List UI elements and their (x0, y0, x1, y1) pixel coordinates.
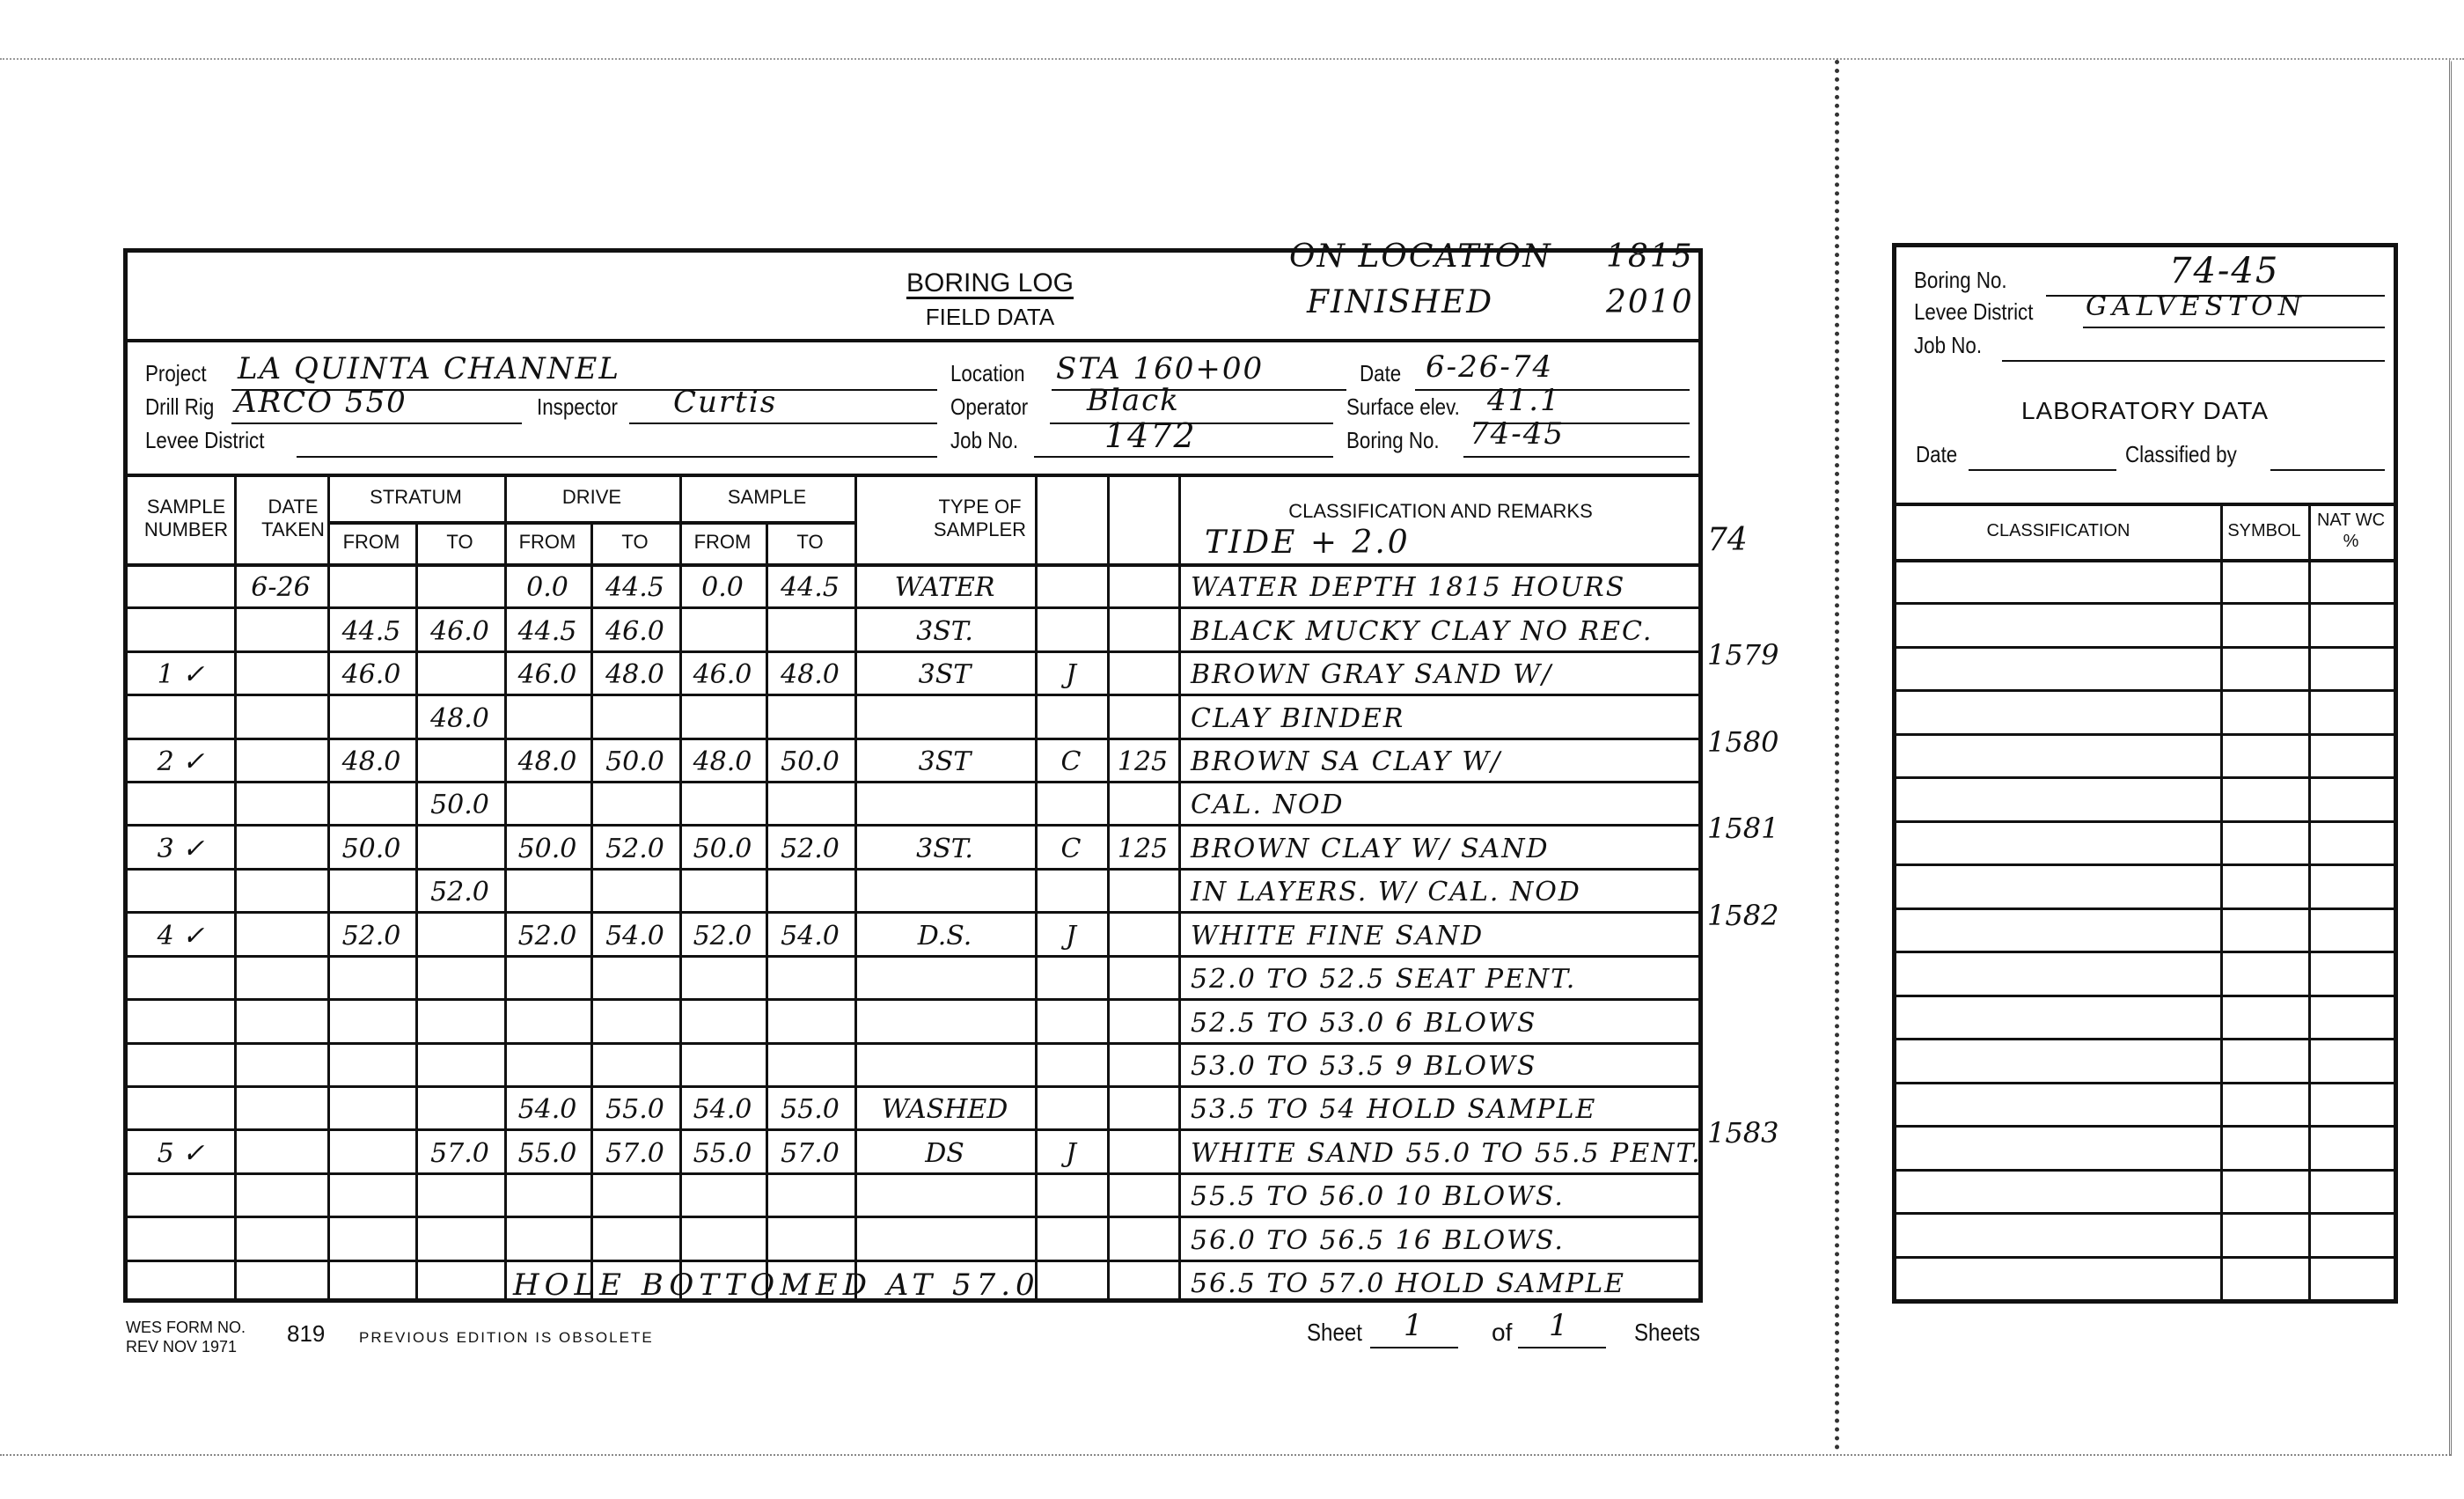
date-taken-cell[interactable] (238, 606, 324, 650)
col-a-cell[interactable] (1038, 868, 1104, 911)
drive-to-cell[interactable] (594, 1042, 676, 1085)
perforation-line (1835, 60, 1839, 1451)
drive-to-cell[interactable]: 54.0 (594, 911, 676, 954)
lab-classification-cell[interactable] (1899, 866, 2218, 904)
remark-cell[interactable]: 53.5 TO 54 HOLD SAMPLE (1182, 1085, 1699, 1128)
lab-nat-wc-cell[interactable] (2311, 779, 2391, 817)
lab-nat-wc-cell[interactable] (2311, 1215, 2391, 1253)
sampler-type-cell[interactable] (858, 1042, 1031, 1085)
drive-from-cell[interactable] (508, 1216, 587, 1259)
col-b-cell[interactable] (1111, 650, 1175, 694)
remark-cell[interactable]: CAL. NOD (1182, 781, 1699, 824)
sample-from-cell[interactable] (683, 781, 762, 824)
sampler-type-cell[interactable]: D.S. (858, 911, 1031, 954)
table-row: 56.0 TO 56.5 16 BLOWS. (128, 1216, 1698, 1259)
remark-cell[interactable]: WHITE FINE SAND (1182, 911, 1699, 954)
lab-classification-cell[interactable] (1899, 823, 2218, 861)
sample-number-cell[interactable]: 5 ✓ (131, 1128, 231, 1172)
date-taken-cell[interactable] (238, 1042, 324, 1085)
sample-to-cell[interactable] (769, 1172, 851, 1216)
table-row: 1 ✓46.046.048.046.048.03STJBROWN GRAY SA… (128, 650, 1698, 694)
col-b-cell[interactable] (1111, 1085, 1175, 1128)
stratum-from-cell[interactable] (331, 868, 412, 911)
lab-nat-wc-cell[interactable] (2311, 692, 2391, 730)
stratum-from-cell[interactable]: 44.5 (331, 606, 412, 650)
sample-from-cell[interactable] (683, 694, 762, 737)
sampler-type-cell[interactable] (858, 998, 1031, 1041)
col-a-cell[interactable]: J (1038, 1128, 1104, 1172)
lab-symbol-cell[interactable] (2223, 779, 2306, 817)
lab-symbol-cell[interactable] (2223, 605, 2306, 643)
sheet-label: Sheet (1307, 1319, 1362, 1347)
sample-from-cell[interactable]: 55.0 (683, 1128, 762, 1172)
sample-to-cell[interactable]: 50.0 (769, 738, 851, 781)
stratum-from-cell[interactable] (331, 998, 412, 1041)
col-b-cell[interactable] (1111, 563, 1175, 606)
drive-from-cell[interactable]: 48.0 (508, 738, 587, 781)
lab-classification-cell[interactable] (1899, 1084, 2218, 1122)
sample-number-cell[interactable] (131, 781, 231, 824)
finished-time: 2010 (1606, 284, 1694, 320)
sampler-type-cell[interactable] (858, 694, 1031, 737)
lab-nat-wc-cell[interactable] (2311, 910, 2391, 948)
date-taken-cell[interactable] (238, 824, 324, 867)
drill-rig-field[interactable]: ARCO 550 (235, 385, 407, 420)
header-from: FROM (327, 521, 415, 563)
sample-to-cell[interactable] (769, 998, 851, 1041)
lab-levee-district-field[interactable]: GALVESTON (2086, 291, 2306, 322)
drive-to-cell[interactable]: 55.0 (594, 1085, 676, 1128)
col-a-cell[interactable] (1038, 694, 1104, 737)
sample-number-cell[interactable] (131, 955, 231, 998)
drive-from-cell[interactable]: 46.0 (508, 650, 587, 694)
sample-from-cell[interactable] (683, 606, 762, 650)
col-b-cell[interactable]: 125 (1111, 738, 1175, 781)
sample-from-cell[interactable]: 0.0 (683, 563, 762, 606)
table-row: 50.0CAL. NOD (128, 781, 1698, 824)
drive-from-cell[interactable]: 0.0 (508, 563, 587, 606)
lab-nat-wc-cell[interactable] (2311, 823, 2391, 861)
date-taken-cell[interactable] (238, 911, 324, 954)
sample-number-cell[interactable]: 4 ✓ (131, 911, 231, 954)
sample-from-cell[interactable] (683, 955, 762, 998)
sample-to-cell[interactable]: 52.0 (769, 824, 851, 867)
lab-classification-cell[interactable] (1899, 1128, 2218, 1165)
lab-symbol-cell[interactable] (2223, 649, 2306, 687)
lab-nat-wc-cell[interactable] (2311, 866, 2391, 904)
remark-cell[interactable]: WHITE SAND 55.0 TO 55.5 PENT. (1182, 1128, 1699, 1172)
sample-from-cell[interactable] (683, 1216, 762, 1259)
lab-classification-cell[interactable] (1899, 779, 2218, 817)
col-a-cell[interactable] (1038, 1216, 1104, 1259)
drive-to-cell[interactable] (594, 1172, 676, 1216)
col-b-cell[interactable] (1111, 868, 1175, 911)
drive-to-cell[interactable] (594, 781, 676, 824)
remark-cell[interactable]: CLAY BINDER (1182, 694, 1699, 737)
lab-symbol-cell[interactable] (2223, 692, 2306, 730)
boring-no-label: Boring No. (1346, 427, 1440, 454)
drive-from-cell[interactable] (508, 781, 587, 824)
lab-symbol-cell[interactable] (2223, 562, 2306, 599)
sampler-type-cell[interactable]: 3ST. (858, 824, 1031, 867)
header-drive: DRIVE (504, 474, 679, 521)
operator-label: Operator (950, 393, 1028, 421)
col-b-cell[interactable] (1111, 606, 1175, 650)
sample-from-cell[interactable] (683, 1172, 762, 1216)
remark-cell[interactable]: 56.5 TO 57.0 HOLD SAMPLE (1182, 1260, 1699, 1303)
date-taken-cell[interactable] (238, 1085, 324, 1128)
lab-symbol-cell[interactable] (2223, 1084, 2306, 1122)
lab-nat-wc-cell[interactable] (2311, 562, 2391, 599)
sample-to-cell[interactable] (769, 606, 851, 650)
title-boring-log: BORING LOG (832, 268, 1148, 298)
sheet-field[interactable]: 1 (1404, 1308, 1425, 1343)
project-field[interactable]: LA QUINTA CHANNEL (238, 351, 620, 386)
sample-to-cell[interactable]: 48.0 (769, 650, 851, 694)
lab-classification-cell[interactable] (1899, 605, 2218, 643)
obsolete-note: PREVIOUS EDITION IS OBSOLETE (359, 1329, 654, 1347)
stratum-from-cell[interactable]: 48.0 (331, 738, 412, 781)
stratum-from-cell[interactable] (331, 1042, 412, 1085)
sample-number-cell[interactable] (131, 1085, 231, 1128)
remark-cell[interactable]: 52.0 TO 52.5 SEAT PENT. (1182, 955, 1699, 998)
sample-number-cell[interactable] (131, 1216, 231, 1259)
form-number-label: WES FORM NO. REV NOV 1971 (126, 1318, 246, 1356)
remark-cell[interactable]: IN LAYERS. W/ CAL. NOD (1182, 868, 1699, 911)
date-taken-cell[interactable] (238, 1172, 324, 1216)
lab-symbol-cell[interactable] (2223, 823, 2306, 861)
date-taken-cell[interactable]: 6-26 (238, 563, 324, 606)
boring-no-field[interactable]: 74-45 (1470, 416, 1565, 452)
col-b-cell[interactable] (1111, 998, 1175, 1041)
page-top-edge (0, 58, 2464, 60)
lab-classification-cell[interactable] (1899, 736, 2218, 774)
lab-header-symbol: SYMBOL (2220, 503, 2308, 559)
sample-from-cell[interactable] (683, 1042, 762, 1085)
lab-symbol-cell[interactable] (2223, 736, 2306, 774)
drive-from-cell[interactable]: 55.0 (508, 1128, 587, 1172)
sample-number-cell[interactable] (131, 606, 231, 650)
sample-to-cell[interactable] (769, 781, 851, 824)
stratum-from-cell[interactable] (331, 694, 412, 737)
drive-from-cell[interactable]: 50.0 (508, 824, 587, 867)
table-row: 53.0 TO 53.5 9 BLOWS (128, 1042, 1698, 1085)
sampler-type-cell[interactable]: 3ST (858, 650, 1031, 694)
col-b-cell[interactable] (1111, 1042, 1175, 1085)
drive-to-cell[interactable] (594, 694, 676, 737)
col-b-cell[interactable] (1111, 1172, 1175, 1216)
sample-number-cell[interactable]: 2 ✓ (131, 738, 231, 781)
inspector-field[interactable]: Curtis (673, 385, 777, 420)
lab-classification-cell[interactable] (1899, 1215, 2218, 1253)
drive-from-cell[interactable] (508, 1042, 587, 1085)
col-a-cell[interactable] (1038, 1260, 1104, 1303)
sampler-type-cell[interactable] (858, 781, 1031, 824)
col-b-cell[interactable] (1111, 955, 1175, 998)
boring-log-form: BORING LOG FIELD DATA ON LOCATION 1815 F… (123, 248, 1703, 1303)
col-a-cell[interactable] (1038, 781, 1104, 824)
remark-cell[interactable]: BROWN SA CLAY W/ (1182, 738, 1699, 781)
col-b-cell[interactable] (1111, 911, 1175, 954)
stratum-from-cell[interactable] (331, 1128, 412, 1172)
lab-nat-wc-cell[interactable] (2311, 1040, 2391, 1078)
of-field[interactable]: 1 (1549, 1308, 1570, 1343)
sample-to-cell[interactable] (769, 868, 851, 911)
lab-symbol-cell[interactable] (2223, 910, 2306, 948)
drive-to-cell[interactable]: 46.0 (594, 606, 676, 650)
date-taken-cell[interactable] (238, 1260, 324, 1303)
lab-symbol-cell[interactable] (2223, 1128, 2306, 1165)
lab-classification-cell[interactable] (1899, 649, 2218, 687)
lab-job-no-label: Job No. (1914, 332, 1982, 359)
sampler-type-cell[interactable] (858, 1216, 1031, 1259)
sample-from-cell[interactable]: 46.0 (683, 650, 762, 694)
col-a-cell[interactable] (1038, 1042, 1104, 1085)
lab-nat-wc-cell[interactable] (2311, 1172, 2391, 1209)
drive-from-cell[interactable]: 52.0 (508, 911, 587, 954)
inspector-label: Inspector (537, 393, 618, 421)
col-b-cell[interactable] (1111, 1128, 1175, 1172)
col-a-cell[interactable]: C (1038, 738, 1104, 781)
stratum-from-cell[interactable] (331, 1172, 412, 1216)
lab-nat-wc-cell[interactable] (2311, 997, 2391, 1035)
sample-to-cell[interactable]: 57.0 (769, 1128, 851, 1172)
col-a-cell[interactable] (1038, 1172, 1104, 1216)
form-no-line1: WES FORM NO. (126, 1318, 246, 1337)
date-taken-cell[interactable] (238, 694, 324, 737)
col-b-cell[interactable] (1111, 1216, 1175, 1259)
drive-from-cell[interactable]: 54.0 (508, 1085, 587, 1128)
col-a-cell[interactable] (1038, 998, 1104, 1041)
stratum-from-cell[interactable]: 46.0 (331, 650, 412, 694)
drive-from-cell[interactable] (508, 694, 587, 737)
stratum-from-cell[interactable] (331, 1260, 412, 1303)
sampler-type-cell[interactable]: DS (858, 1128, 1031, 1172)
stratum-to-cell[interactable] (419, 1042, 501, 1085)
date-taken-cell[interactable] (238, 1128, 324, 1172)
sample-number-cell[interactable] (131, 998, 231, 1041)
stratum-to-cell[interactable] (419, 650, 501, 694)
lab-symbol-cell[interactable] (2223, 866, 2306, 904)
stratum-to-cell[interactable] (419, 824, 501, 867)
sample-from-cell[interactable] (683, 998, 762, 1041)
lab-nat-wc-cell[interactable] (2311, 736, 2391, 774)
sample-number-cell[interactable] (131, 868, 231, 911)
drive-from-cell[interactable]: 44.5 (508, 606, 587, 650)
drive-to-cell[interactable]: 44.5 (594, 563, 676, 606)
date-field[interactable]: 6-26-74 (1426, 349, 1553, 385)
sampler-type-cell[interactable]: 3ST (858, 738, 1031, 781)
sample-to-cell[interactable] (769, 1216, 851, 1259)
date-taken-cell[interactable] (238, 955, 324, 998)
header-remark[interactable]: TIDE + 2.0 (1205, 525, 1411, 561)
sample-from-cell[interactable] (683, 868, 762, 911)
lab-nat-wc-cell[interactable] (2311, 649, 2391, 687)
col-b-cell[interactable]: 125 (1111, 824, 1175, 867)
sample-to-cell[interactable] (769, 1042, 851, 1085)
lab-boring-no-field[interactable]: 74-45 (2169, 251, 2279, 291)
sample-number-cell[interactable] (131, 694, 231, 737)
lab-nat-wc-cell[interactable] (2311, 953, 2391, 991)
remark-cell[interactable]: 52.5 TO 53.0 6 BLOWS (1182, 998, 1699, 1041)
remark-cell[interactable]: BLACK MUCKY CLAY NO REC. (1182, 606, 1699, 650)
lab-nat-wc-cell[interactable] (2311, 605, 2391, 643)
stratum-from-cell[interactable] (331, 781, 412, 824)
drive-to-cell[interactable]: 48.0 (594, 650, 676, 694)
sample-to-cell[interactable]: 54.0 (769, 911, 851, 954)
lab-symbol-cell[interactable] (2223, 1172, 2306, 1209)
drill-rig-underline (231, 423, 522, 424)
col-b-cell[interactable] (1111, 694, 1175, 737)
stratum-to-cell[interactable]: 48.0 (419, 694, 501, 737)
remark-cell[interactable]: 53.0 TO 53.5 9 BLOWS (1182, 1042, 1699, 1085)
col-a-cell[interactable]: J (1038, 911, 1104, 954)
lab-symbol-cell[interactable] (2223, 997, 2306, 1035)
lab-symbol-cell[interactable] (2223, 1259, 2306, 1297)
lab-classification-cell[interactable] (1899, 1040, 2218, 1078)
sample-number-cell[interactable]: 3 ✓ (131, 824, 231, 867)
lab-classification-cell[interactable] (1899, 562, 2218, 599)
date-taken-cell[interactable] (238, 868, 324, 911)
stratum-to-cell[interactable]: 46.0 (419, 606, 501, 650)
sampler-type-cell[interactable]: WATER (858, 563, 1031, 606)
date-taken-cell[interactable] (238, 1216, 324, 1259)
sample-number-cell[interactable] (131, 563, 231, 606)
col-a-cell[interactable] (1038, 955, 1104, 998)
lab-classification-cell[interactable] (1899, 997, 2218, 1035)
date-taken-cell[interactable] (238, 738, 324, 781)
sample-from-cell[interactable]: 50.0 (683, 824, 762, 867)
sampler-type-cell[interactable] (858, 1172, 1031, 1216)
stratum-to-cell[interactable] (419, 563, 501, 606)
lab-classification-cell[interactable] (1899, 692, 2218, 730)
stratum-from-cell[interactable] (331, 1085, 412, 1128)
drive-to-cell[interactable] (594, 955, 676, 998)
lab-classification-cell[interactable] (1899, 910, 2218, 948)
sample-to-cell[interactable] (769, 694, 851, 737)
stratum-to-cell[interactable]: 52.0 (419, 868, 501, 911)
stratum-to-cell[interactable] (419, 911, 501, 954)
drive-to-cell[interactable] (594, 868, 676, 911)
stratum-from-cell[interactable] (331, 955, 412, 998)
col-a-cell[interactable] (1038, 1085, 1104, 1128)
location-field[interactable]: STA 160+00 (1056, 351, 1264, 386)
table-row: 3 ✓50.050.052.050.052.03ST.C125BROWN CLA… (128, 824, 1698, 867)
drive-from-cell[interactable] (508, 868, 587, 911)
date-taken-cell[interactable] (238, 650, 324, 694)
stratum-from-cell[interactable] (331, 563, 412, 606)
lab-nat-wc-cell[interactable] (2311, 1259, 2391, 1297)
lab-classification-cell[interactable] (1899, 1259, 2218, 1297)
lab-number: 1582 (1707, 899, 1778, 932)
job-no-field[interactable]: 1472 (1104, 416, 1197, 455)
stratum-to-cell[interactable] (419, 955, 501, 998)
col-b-cell[interactable] (1111, 1260, 1175, 1303)
sampler-type-cell[interactable] (858, 868, 1031, 911)
remark-cell[interactable]: BROWN GRAY SAND W/ (1182, 650, 1699, 694)
surface-elev-field[interactable]: 41.1 (1487, 383, 1561, 418)
of-underline (1518, 1347, 1606, 1348)
header-sample: SAMPLE (679, 474, 854, 521)
lab-nat-wc-cell[interactable] (2311, 1084, 2391, 1122)
remark-cell[interactable]: 55.5 TO 56.0 10 BLOWS. (1182, 1172, 1699, 1216)
sample-to-cell[interactable] (769, 955, 851, 998)
stratum-from-cell[interactable] (331, 1216, 412, 1259)
col-a-cell[interactable] (1038, 563, 1104, 606)
stratum-to-cell[interactable] (419, 998, 501, 1041)
drive-to-cell[interactable] (594, 1216, 676, 1259)
lab-symbol-cell[interactable] (2223, 1040, 2306, 1078)
col-b-cell[interactable] (1111, 781, 1175, 824)
lab-symbol-cell[interactable] (2223, 1215, 2306, 1253)
remark-cell[interactable]: BROWN CLAY W/ SAND (1182, 824, 1699, 867)
remark-cell[interactable]: 56.0 TO 56.5 16 BLOWS. (1182, 1216, 1699, 1259)
sample-to-cell[interactable]: 55.0 (769, 1085, 851, 1128)
lab-classification-cell[interactable] (1899, 953, 2218, 991)
on-location-label: ON LOCATION (1289, 239, 1552, 275)
drive-to-cell[interactable]: 57.0 (594, 1128, 676, 1172)
lab-header-nat-wc: NAT WC % (2308, 503, 2394, 559)
lab-classification-cell[interactable] (1899, 1172, 2218, 1209)
sample-from-cell[interactable]: 54.0 (683, 1085, 762, 1128)
lab-symbol-cell[interactable] (2223, 953, 2306, 991)
sample-to-cell[interactable]: 44.5 (769, 563, 851, 606)
table-row: 52.0IN LAYERS. W/ CAL. NOD (128, 868, 1698, 911)
date-taken-cell[interactable] (238, 998, 324, 1041)
header-to: TO (766, 521, 854, 563)
stratum-to-cell[interactable] (419, 738, 501, 781)
boring-no-underline (1463, 456, 1690, 458)
title-field-data: FIELD DATA (832, 304, 1148, 331)
lab-date-label: Date (1916, 441, 1957, 468)
drive-to-cell[interactable] (594, 998, 676, 1041)
sample-number-cell[interactable]: 1 ✓ (131, 650, 231, 694)
lab-header-classification: CLASSIFICATION (1896, 503, 2220, 559)
drive-to-cell[interactable]: 52.0 (594, 824, 676, 867)
sample-number-cell[interactable] (131, 1260, 231, 1303)
sample-from-cell[interactable]: 48.0 (683, 738, 762, 781)
remark-cell[interactable]: WATER DEPTH 1815 HOURS (1182, 563, 1699, 606)
stratum-from-cell[interactable]: 50.0 (331, 824, 412, 867)
col-a-cell[interactable]: C (1038, 824, 1104, 867)
sample-number-cell[interactable] (131, 1172, 231, 1216)
sheets-label: Sheets (1634, 1319, 1700, 1347)
col-a-cell[interactable] (1038, 606, 1104, 650)
drive-from-cell[interactable] (508, 1172, 587, 1216)
sampler-type-cell[interactable] (858, 955, 1031, 998)
stratum-to-cell[interactable] (419, 1085, 501, 1128)
drive-to-cell[interactable]: 50.0 (594, 738, 676, 781)
sampler-type-cell[interactable]: 3ST. (858, 606, 1031, 650)
lab-nat-wc-cell[interactable] (2311, 1128, 2391, 1165)
stratum-to-cell[interactable] (419, 1260, 501, 1303)
stratum-to-cell[interactable] (419, 1172, 501, 1216)
stratum-to-cell[interactable]: 57.0 (419, 1128, 501, 1172)
date-taken-cell[interactable] (238, 781, 324, 824)
drive-from-cell[interactable] (508, 955, 587, 998)
stratum-to-cell[interactable] (419, 1216, 501, 1259)
sample-from-cell[interactable]: 52.0 (683, 911, 762, 954)
surface-elev-label: Surface elev. (1346, 393, 1460, 421)
sampler-type-cell[interactable]: WASHED (858, 1085, 1031, 1128)
col-a-cell[interactable]: J (1038, 650, 1104, 694)
hole-bottomed-note[interactable]: HOLE BOTTOMED AT 57.0 (513, 1260, 1040, 1304)
stratum-from-cell[interactable]: 52.0 (331, 911, 412, 954)
stratum-to-cell[interactable]: 50.0 (419, 781, 501, 824)
operator-field[interactable]: Black (1087, 383, 1180, 418)
drive-from-cell[interactable] (508, 998, 587, 1041)
sample-number-cell[interactable] (131, 1042, 231, 1085)
